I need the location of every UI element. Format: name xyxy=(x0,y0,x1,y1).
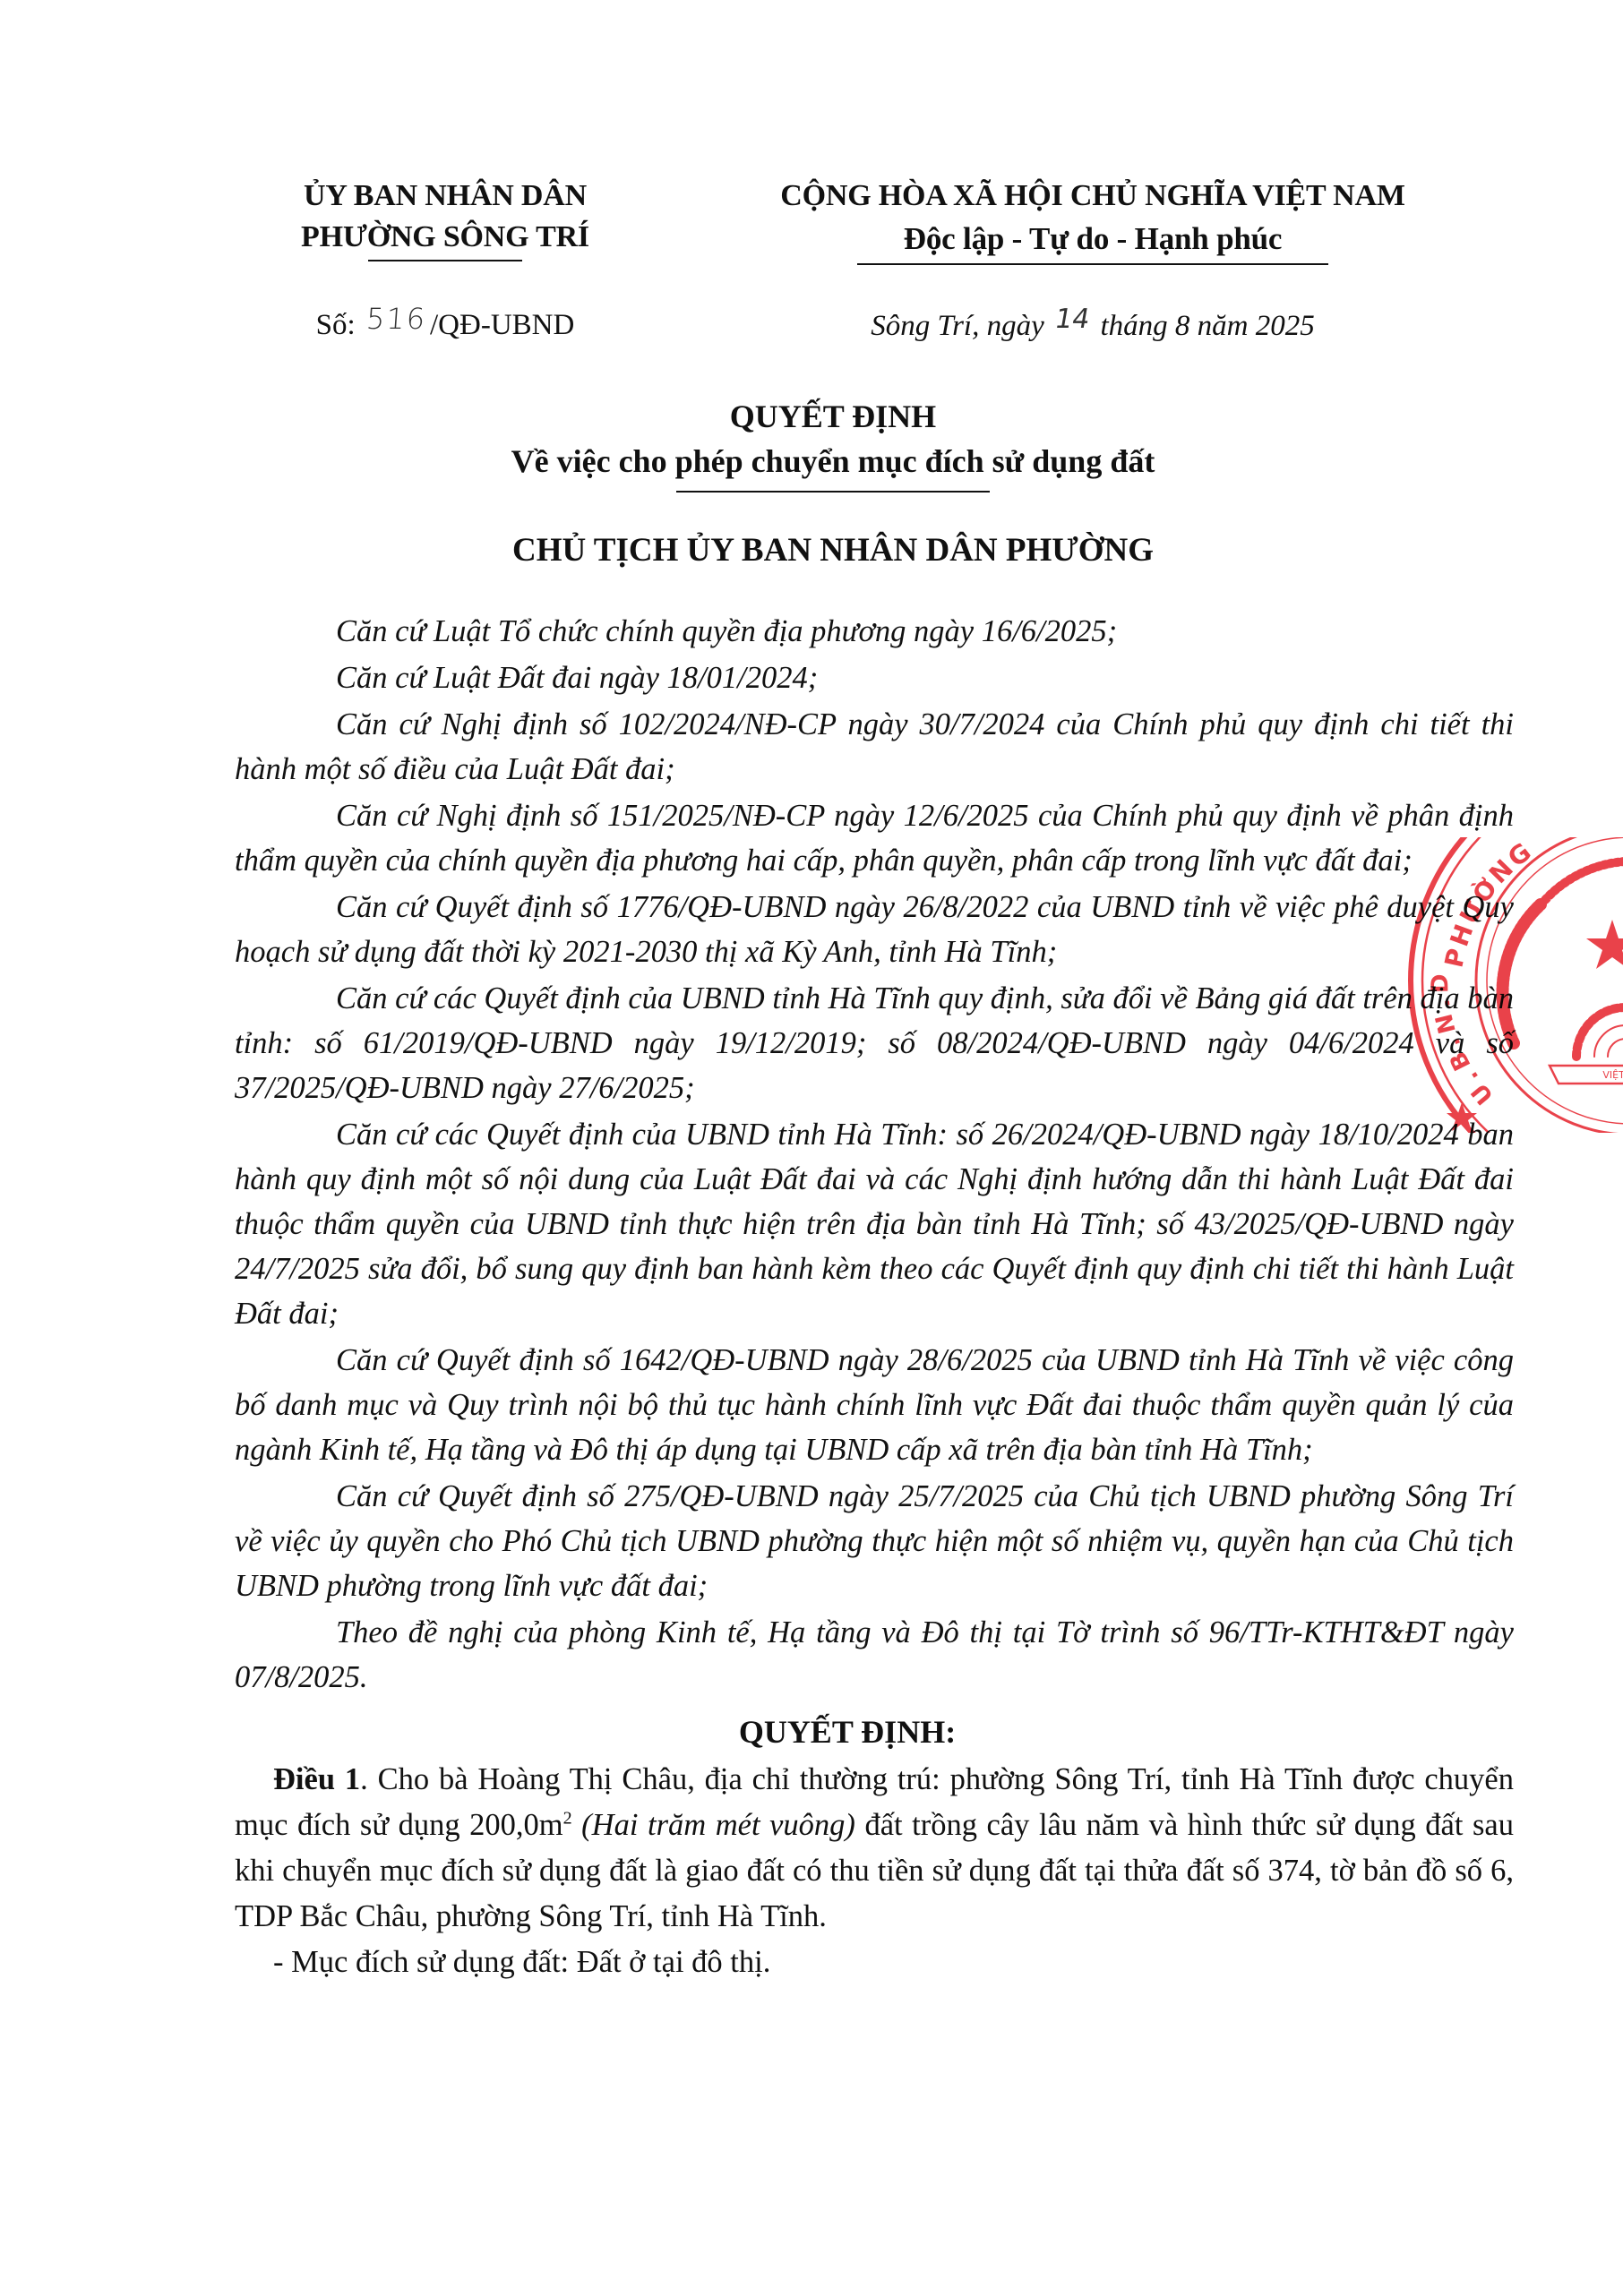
legal-basis-item: Căn cứ Nghị định số 102/2024/NĐ-CP ngày … xyxy=(235,702,1514,793)
doc-number-handwritten: 516 xyxy=(361,299,431,338)
nation-name: CỘNG HÒA XÃ HỘI CHỦ NGHĨA VIỆT NAM xyxy=(699,176,1487,217)
title-block: QUYẾT ĐỊNH Về việc cho phép chuyển mục đ… xyxy=(0,394,1623,573)
area-unit-superscript: 2 xyxy=(563,1809,572,1829)
issuer-line-2: PHƯỜNG SÔNG TRÍ xyxy=(235,217,656,258)
issuer-block: ỦY BAN NHÂN DÂN PHƯỜNG SÔNG TRÍ xyxy=(235,176,656,261)
document-date: Sông Trí, ngày 14 tháng 8 năm 2025 xyxy=(699,306,1487,347)
issuing-authority: CHỦ TỊCH ỦY BAN NHÂN DÂN PHƯỜNG xyxy=(0,528,1623,573)
area-in-words: (Hai trăm mét vuông) xyxy=(572,1808,855,1842)
document-title: QUYẾT ĐỊNH xyxy=(0,394,1623,439)
article-1-bullets: - Mục đích sử dụng đất: Đất ở tại đô thị… xyxy=(235,1940,1514,1985)
issuer-underline xyxy=(368,260,522,261)
legal-basis-item: Căn cứ Quyết định số 1776/QĐ-UBND ngày 2… xyxy=(235,885,1514,976)
doc-number-prefix: Số: xyxy=(316,309,356,341)
legal-basis-item: Theo đề nghị của phòng Kinh tế, Hạ tầng … xyxy=(235,1610,1514,1701)
article-1-label: Điều 1 xyxy=(273,1762,360,1796)
article-1-bullet: - Mục đích sử dụng đất: Đất ở tại đô thị… xyxy=(235,1940,1514,1985)
date-prefix: Sông Trí, ngày xyxy=(871,310,1043,342)
legal-basis-item: Căn cứ Quyết định số 275/QĐ-UBND ngày 25… xyxy=(235,1474,1514,1610)
nation-motto: Độc lập - Tự do - Hạnh phúc xyxy=(699,217,1487,261)
issuer-line-1: ỦY BAN NHÂN DÂN xyxy=(235,176,656,217)
legal-basis-item: Căn cứ các Quyết định của UBND tỉnh Hà T… xyxy=(235,1112,1514,1338)
document-page: ỦY BAN NHÂN DÂN PHƯỜNG SÔNG TRÍ CỘNG HÒA… xyxy=(0,0,1623,2296)
legal-basis-item: Căn cứ Quyết định số 1642/QĐ-UBND ngày 2… xyxy=(235,1338,1514,1474)
subject-underline xyxy=(676,491,990,493)
article-1: Điều 1. Cho bà Hoàng Thị Châu, địa chỉ t… xyxy=(235,1757,1514,1940)
document-subject: Về việc cho phép chuyển mục đích sử dụng… xyxy=(0,439,1623,484)
document-body: Căn cứ Luật Tổ chức chính quyền địa phươ… xyxy=(235,609,1514,1985)
legal-basis-item: Căn cứ Nghị định số 151/2025/NĐ-CP ngày … xyxy=(235,793,1514,885)
svg-text:VIỆT NAM: VIỆT NAM xyxy=(1602,1069,1623,1081)
decision-heading: QUYẾT ĐỊNH: xyxy=(181,1707,1514,1757)
document-number: Số: 516/QĐ-UBND xyxy=(235,304,656,345)
legal-basis-item: Căn cứ Luật Tổ chức chính quyền địa phươ… xyxy=(235,609,1514,655)
legal-basis-item: Căn cứ Luật Đất đai ngày 18/01/2024; xyxy=(235,655,1514,702)
date-day-handwritten: 14 xyxy=(1048,300,1096,339)
doc-number-suffix: /QĐ-UBND xyxy=(430,309,574,341)
legal-bases: Căn cứ Luật Tổ chức chính quyền địa phươ… xyxy=(235,609,1514,1701)
svg-text:SÔNG: SÔNG xyxy=(1609,837,1623,851)
national-header-block: CỘNG HÒA XÃ HỘI CHỦ NGHĨA VIỆT NAM Độc l… xyxy=(699,176,1487,265)
legal-basis-item: Căn cứ các Quyết định của UBND tỉnh Hà T… xyxy=(235,976,1514,1112)
motto-underline xyxy=(857,263,1328,265)
date-suffix: tháng 8 năm 2025 xyxy=(1100,310,1314,342)
